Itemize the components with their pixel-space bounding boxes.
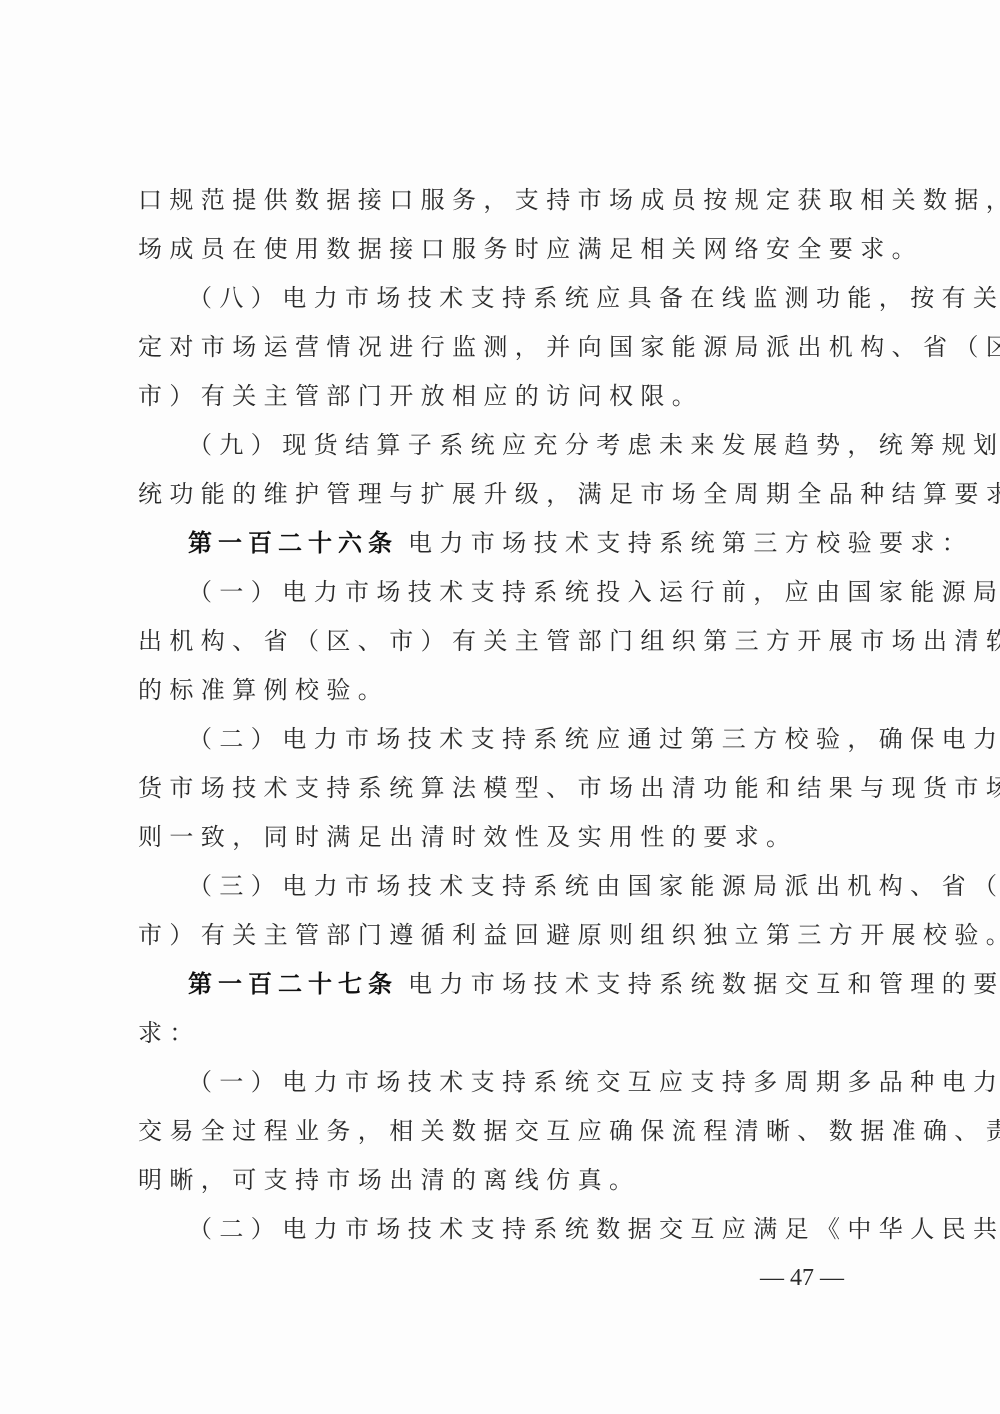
article-126: 第一百二十六条电力市场技术支持系统第三方校验要求：	[138, 523, 868, 572]
paragraph-item-8: （八）电力市场技术支持系统应具备在线监测功能，按有关规	[138, 278, 868, 327]
paragraph-item-1: （一）电力市场技术支持系统投入运行前，应由国家能源局派	[138, 572, 868, 621]
text-line: 求：	[138, 1013, 868, 1062]
text-line: 市）有关主管部门开放相应的访问权限。	[138, 376, 868, 425]
article-heading: 第一百二十七条	[188, 969, 398, 998]
text-line: 的标准算例校验。	[138, 670, 868, 719]
article-title: 电力市场技术支持系统第三方校验要求：	[408, 529, 973, 557]
text-line: 市）有关主管部门遵循利益回避原则组织独立第三方开展校验。	[138, 915, 868, 964]
article-127: 第一百二十七条电力市场技术支持系统数据交互和管理的要	[138, 964, 868, 1013]
text-line: 定对市场运营情况进行监测，并向国家能源局派出机构、省（区、	[138, 327, 868, 376]
paragraph-item-2: （二）电力市场技术支持系统应通过第三方校验，确保电力现	[138, 719, 868, 768]
text-line: 则一致，同时满足出清时效性及实用性的要求。	[138, 817, 868, 866]
article-heading: 第一百二十六条	[188, 528, 398, 557]
document-page: 口规范提供数据接口服务，支持市场成员按规定获取相关数据，市 场成员在使用数据接口…	[0, 0, 1000, 1414]
paragraph-item-3: （三）电力市场技术支持系统由国家能源局派出机构、省（区、	[138, 866, 868, 915]
paragraph-item-9: （九）现货结算子系统应充分考虑未来发展趋势，统筹规划系	[138, 425, 868, 474]
text-line: 口规范提供数据接口服务，支持市场成员按规定获取相关数据，市	[138, 180, 868, 229]
paragraph-item-1: （一）电力市场技术支持系统交互应支持多周期多品种电力	[138, 1062, 868, 1111]
text-line: 明晰，可支持市场出清的离线仿真。	[138, 1160, 868, 1209]
text-line: 交易全过程业务，相关数据交互应确保流程清晰、数据准确、责任	[138, 1111, 868, 1160]
paragraph-item-2: （二）电力市场技术支持系统数据交互应满足《中华人民共和	[138, 1209, 868, 1258]
body-text: 口规范提供数据接口服务，支持市场成员按规定获取相关数据，市 场成员在使用数据接口…	[138, 180, 868, 1258]
text-line: 货市场技术支持系统算法模型、市场出清功能和结果与现货市场规	[138, 768, 868, 817]
page-number: — 47 —	[760, 1265, 844, 1292]
text-line: 场成员在使用数据接口服务时应满足相关网络安全要求。	[138, 229, 868, 278]
article-title: 电力市场技术支持系统数据交互和管理的要	[408, 970, 1000, 998]
text-line: 统功能的维护管理与扩展升级，满足市场全周期全品种结算要求。	[138, 474, 868, 523]
text-line: 出机构、省（区、市）有关主管部门组织第三方开展市场出清软件	[138, 621, 868, 670]
